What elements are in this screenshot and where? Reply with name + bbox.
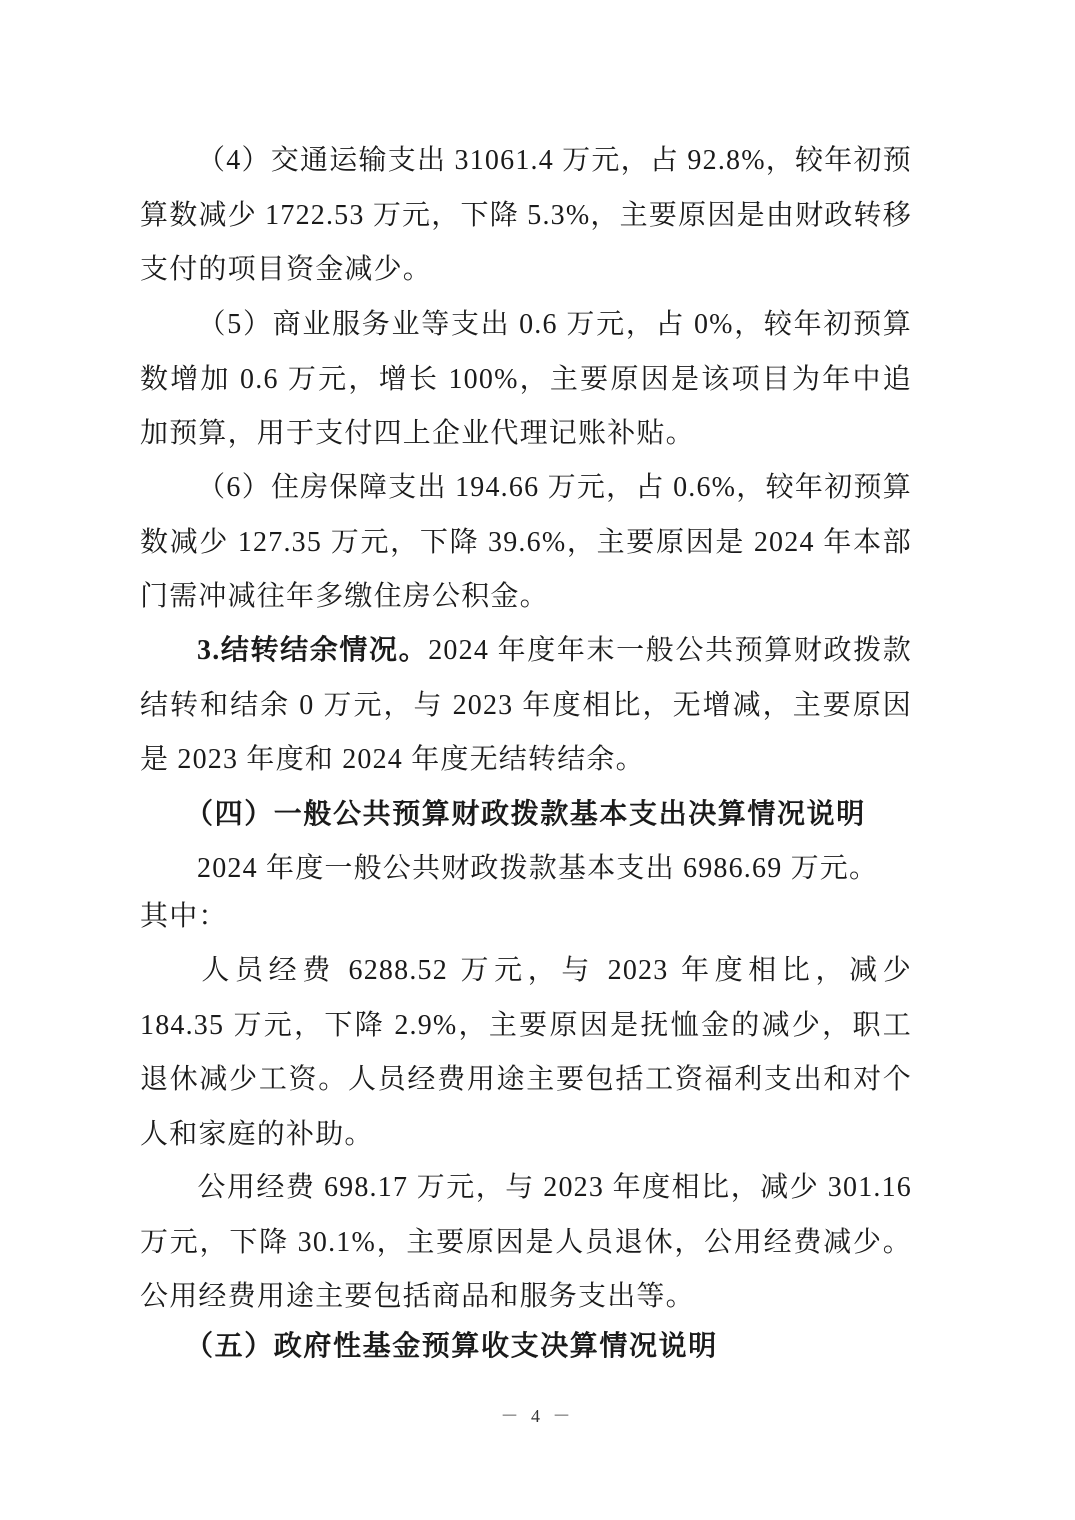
paragraph-text: 2024 年度一般公共财政拨款基本支出 6986.69 万元。 xyxy=(197,853,878,884)
paragraph-housing-expenditure: （6）住房保障支出 194.66 万元，占 0.6%，较年初预算数减少 127.… xyxy=(140,461,912,625)
section-heading-basic-expenditure: （四）一般公共预算财政拨款基本支出决算情况说明 xyxy=(185,788,866,843)
paragraph-text: （4）交通运输支出 31061.4 万元，占 92.8%，较年初预算数减少 17… xyxy=(140,145,912,285)
paragraph-transport-expenditure: （4）交通运输支出 31061.4 万元，占 92.8%，较年初预算数减少 17… xyxy=(140,134,912,298)
paragraph-text: （6）住房保障支出 194.66 万元，占 0.6%，较年初预算数减少 127.… xyxy=(140,472,912,612)
paragraph-bold-lead: 3.结转结余情况。 xyxy=(197,635,428,666)
paragraph-text: 人员经费 6288.52 万元，与 2023 年度相比，减少 184.35 万元… xyxy=(140,955,912,1150)
paragraph-text: （5）商业服务业等支出 0.6 万元，占 0%，较年初预算数增加 0.6 万元，… xyxy=(140,309,912,449)
document-page: （4）交通运输支出 31061.4 万元，占 92.8%，较年初预算数减少 17… xyxy=(0,0,1075,1520)
paragraph-text: 其中： xyxy=(140,901,228,932)
paragraph-carryover-balance: 3.结转结余情况。2024 年度年末一般公共预算财政拨款结转和结余 0 万元，与… xyxy=(140,624,912,788)
paragraph-basic-expenditure-total: 2024 年度一般公共财政拨款基本支出 6986.69 万元。 xyxy=(140,842,912,897)
paragraph-public-expenses: 公用经费 698.17 万元，与 2023 年度相比，减少 301.16 万元，… xyxy=(140,1161,912,1325)
paragraph-commercial-services-expenditure: （5）商业服务业等支出 0.6 万元，占 0%，较年初预算数增加 0.6 万元，… xyxy=(140,298,912,462)
page-number: － 4 － xyxy=(0,1402,1075,1428)
paragraph-among-them: 其中： xyxy=(140,890,912,945)
paragraph-text: 公用经费 698.17 万元，与 2023 年度相比，减少 301.16 万元，… xyxy=(140,1172,912,1312)
section-heading-government-fund: （五）政府性基金预算收支决算情况说明 xyxy=(185,1320,718,1375)
paragraph-personnel-expenses: 人员经费 6288.52 万元，与 2023 年度相比，减少 184.35 万元… xyxy=(140,944,912,1162)
